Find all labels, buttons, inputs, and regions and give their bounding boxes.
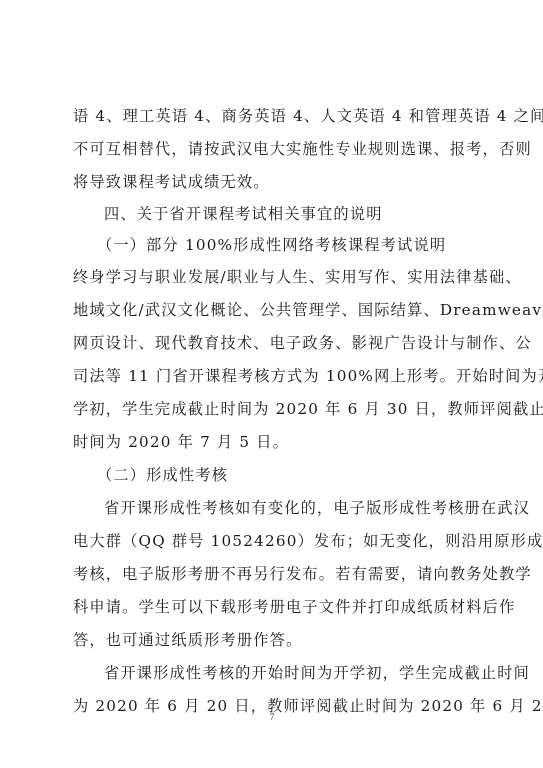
text-line: 时间为 2020 年 7 月 5 日。: [73, 426, 476, 459]
subsection-title: （一）部分 100%形成性网络考核课程考试说明: [73, 230, 476, 261]
text-line: 不可互相替代，请按武汉电大实施性专业规则选课、报考，否则: [73, 133, 476, 166]
subsection-title: （二）形成性考核: [73, 459, 476, 492]
subsection-heading-1: （一）部分 100%形成性网络考核课程考试说明: [73, 230, 476, 261]
text-line: 省开课形成性考核如有变化的，电子版形成性考核册在武汉: [73, 492, 476, 525]
document-page: 语 4、理工英语 4、商务英语 4、人文英语 4 和管理英语 4 之间 不可互相…: [0, 0, 543, 768]
text-line: 终身学习与职业发展/职业与人生、实用写作、实用法律基础、: [73, 261, 476, 294]
text-line: 科申请。学生可以下载形考册电子文件并打印成纸质材料后作: [73, 591, 476, 624]
section-title: 四、关于省开课程考试相关事宜的说明: [73, 199, 476, 230]
section-heading-4: 四、关于省开课程考试相关事宜的说明: [73, 199, 476, 230]
text-line: 学初，学生完成截止时间为 2020 年 6 月 30 日，教师评阅截止: [73, 393, 476, 426]
paragraph-formative-booklet: 省开课形成性考核如有变化的，电子版形成性考核册在武汉 电大群（QQ 群号 105…: [73, 492, 476, 657]
text-line: 语 4、理工英语 4、商务英语 4、人文英语 4 和管理英语 4 之间: [73, 100, 476, 133]
page-number: 7: [266, 712, 278, 722]
text-line: 电大群（QQ 群号 10524260）发布；如无变化，则沿用原形成性: [73, 525, 476, 558]
subsection-heading-2: （二）形成性考核: [73, 459, 476, 492]
text-line: 司法等 11 门省开课程考核方式为 100%网上形考。开始时间为开: [73, 360, 476, 393]
text-line: 地域文化/武汉文化概论、公共管理学、国际结算、Dreamweaver: [73, 294, 476, 327]
text-line: 答，也可通过纸质形考册作答。: [73, 624, 476, 657]
text-line: 考核，电子版形考册不再另行发布。若有需要，请向教务处教学: [73, 558, 476, 591]
text-line: 将导致课程考试成绩无效。: [73, 166, 476, 199]
document-body: 语 4、理工英语 4、商务英语 4、人文英语 4 和管理英语 4 之间 不可互相…: [73, 100, 476, 723]
text-line: 省开课形成性考核的开始时间为开学初，学生完成截止时间: [73, 657, 476, 690]
paragraph-online-courses: 终身学习与职业发展/职业与人生、实用写作、实用法律基础、 地域文化/武汉文化概论…: [73, 261, 476, 459]
paragraph-english-rule: 语 4、理工英语 4、商务英语 4、人文英语 4 和管理英语 4 之间 不可互相…: [73, 100, 476, 199]
text-line: 网页设计、现代教育技术、电子政务、影视广告设计与制作、公: [73, 327, 476, 360]
